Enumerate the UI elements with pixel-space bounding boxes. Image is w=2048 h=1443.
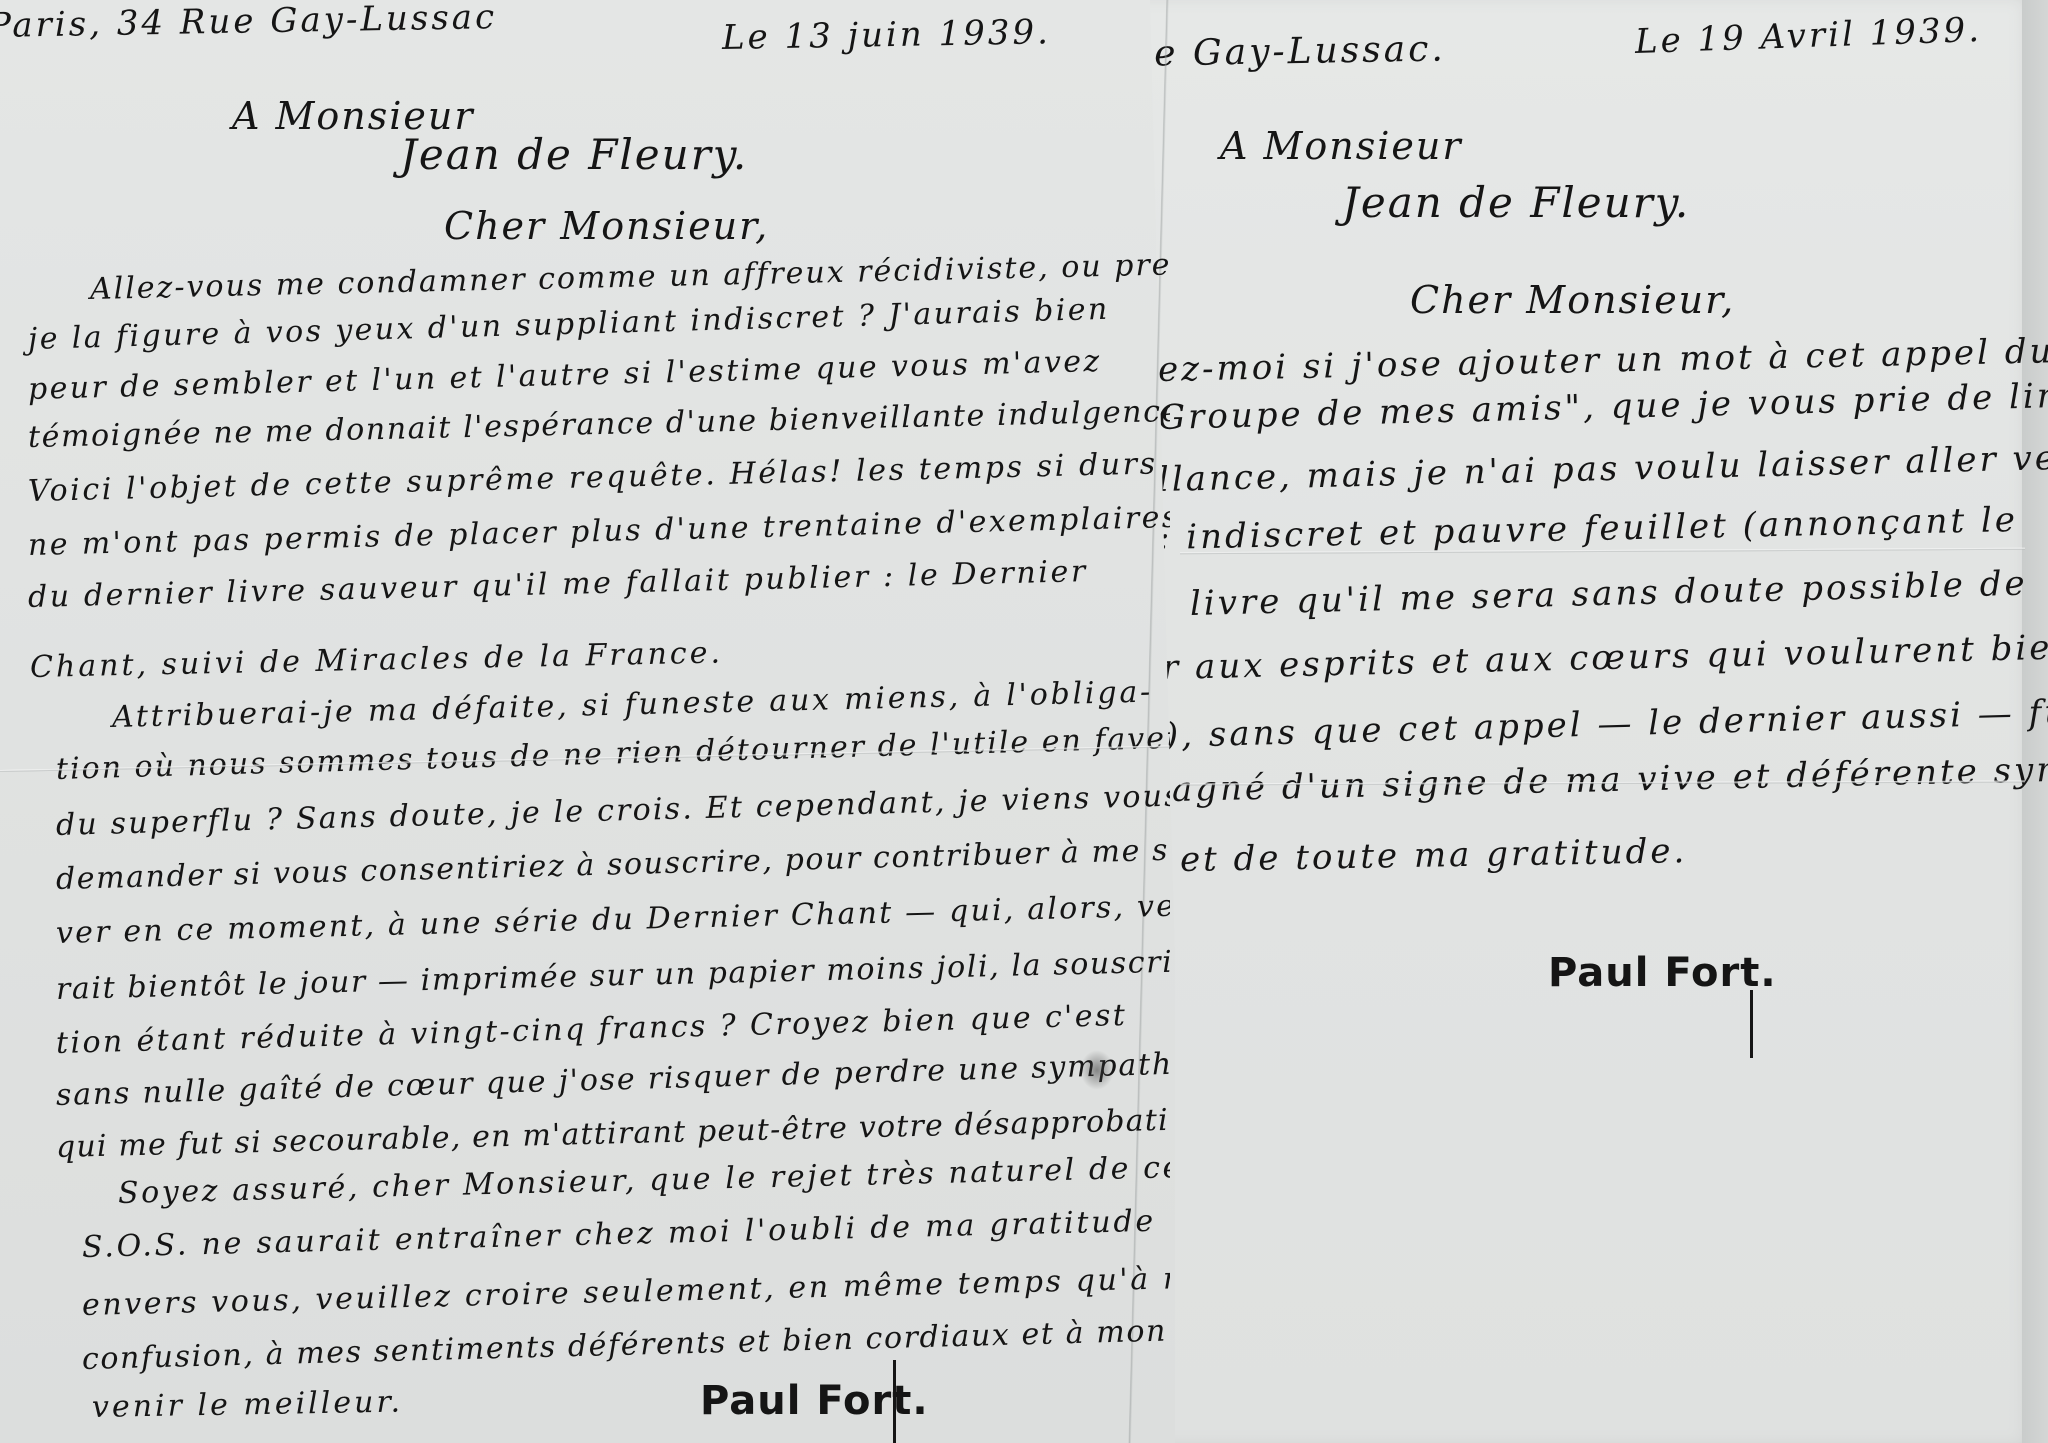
right-recipient-line1: A Monsieur bbox=[1220, 124, 1463, 168]
left-body-line: demander si vous consentiriez à souscrir… bbox=[56, 831, 1170, 896]
left-body-line: venir le meilleur. bbox=[92, 1385, 404, 1425]
left-recipient-line2: Jean de Fleury. bbox=[400, 130, 748, 179]
right-signature-stroke bbox=[1750, 990, 1753, 1058]
right-signature: Paul Fort. bbox=[1548, 950, 1777, 996]
left-body-line: ne m'ont pas permis de placer plus d'une… bbox=[28, 500, 1170, 563]
left-body-line: du dernier livre sauveur qu'il me fallai… bbox=[28, 554, 1089, 615]
left-salutation: Cher Monsieur, bbox=[444, 204, 769, 248]
left-body-line: S.O.S. ne saurait entraîner chez moi l'o… bbox=[82, 1204, 1157, 1265]
left-body-line: envers vous, veuillez croire seulement, … bbox=[82, 1260, 1170, 1323]
ink-smudge bbox=[1080, 1050, 1114, 1090]
left-body-line: confusion, à mes sentiments déférents et… bbox=[82, 1311, 1170, 1377]
left-date: Le 13 juin 1939. bbox=[722, 12, 1052, 58]
left-letter: Paris, 34 Rue Gay-Lussac Le 13 juin 1939… bbox=[0, 0, 1170, 1443]
right-address: ue Gay-Lussac. bbox=[1128, 28, 1446, 75]
left-body-line: du superflu ? Sans doute, je le crois. E… bbox=[56, 779, 1170, 843]
left-signature-stroke bbox=[893, 1360, 896, 1443]
left-body-line: Voici l'objet de cette suprême requête. … bbox=[28, 446, 1158, 509]
right-salutation: Cher Monsieur, bbox=[1410, 278, 1735, 322]
left-body-line: rait bientôt le jour — imprimée sur un p… bbox=[56, 944, 1170, 1007]
left-body-line: témoignée ne me donnait l'espérance d'un… bbox=[28, 394, 1170, 455]
left-body-line: Chant, suivi de Miracles de la France. bbox=[30, 635, 724, 685]
left-body-line: ver en ce moment, à une série du Dernier… bbox=[56, 888, 1170, 951]
right-recipient-line2: Jean de Fleury. bbox=[1342, 178, 1690, 227]
left-address: Paris, 34 Rue Gay-Lussac bbox=[0, 0, 497, 46]
left-body-line: peur de sembler et l'un et l'autre si l'… bbox=[28, 344, 1103, 407]
